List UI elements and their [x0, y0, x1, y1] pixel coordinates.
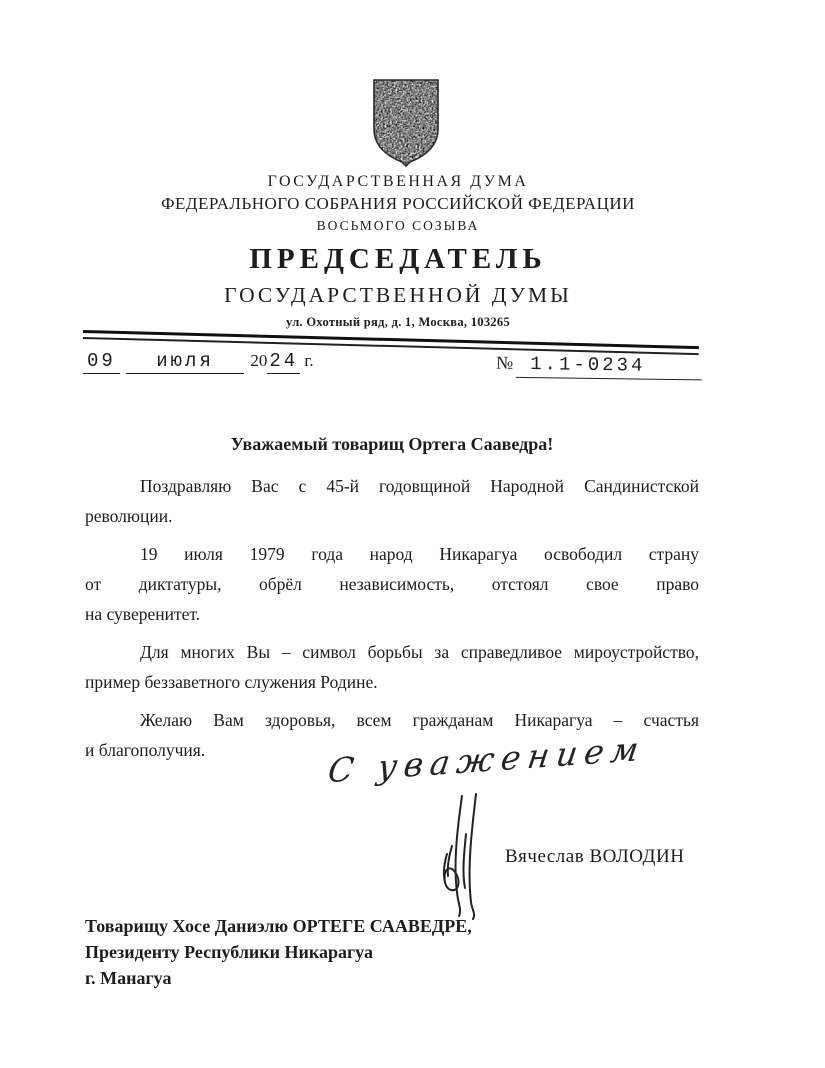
- document-number-line: №1.1-0234: [496, 352, 703, 381]
- year-label: г.: [304, 351, 313, 370]
- paragraph-1: Поздравляю Вас с 45-й годовщиной Народно…: [85, 471, 699, 531]
- paragraph-line: 19 июля 1979 года народ Никарагуа освобо…: [85, 539, 699, 569]
- signer-name: Вячеслав ВОЛОДИН: [505, 846, 684, 868]
- paragraph-line: Поздравляю Вас с 45-й годовщиной Народно…: [85, 471, 699, 501]
- addressee-title: Президенту Республики Никарагуа: [85, 939, 472, 965]
- number-underline: 1.1-0234: [516, 352, 702, 381]
- addressee-name: Товарищу Хосе Даниэлю ОРТЕГЕ СААВЕДРЕ,: [85, 913, 472, 939]
- paragraph-line: пример беззаветного служения Родине.: [85, 667, 699, 697]
- document-number: 1.1-0234: [530, 353, 646, 377]
- salutation: Уважаемый товарищ Ортега Сааведра!: [85, 434, 699, 455]
- date-day: 09: [83, 350, 120, 374]
- date-line: 09 июля 2024 г.: [83, 350, 314, 374]
- chairman-title-line2: ГОСУДАРСТВЕННОЙ ДУМЫ: [0, 283, 796, 308]
- chairman-title: ПРЕДСЕДАТЕЛЬ: [0, 243, 796, 276]
- paragraph-line: революции.: [85, 501, 699, 531]
- year-prefix: 20: [250, 351, 267, 370]
- org-name-line3: ВОСЬМОГО СОЗЫВА: [0, 218, 796, 234]
- paragraph-line: от диктатуры, обрёл независимость, отсто…: [85, 569, 699, 599]
- scanned-letter-page: ГОСУДАРСТВЕННАЯ ДУМА ФЕДЕРАЛЬНОГО СОБРАН…: [0, 0, 825, 1068]
- street-address: ул. Охотный ряд, д. 1, Москва, 103265: [0, 315, 796, 330]
- addressee-block: Товарищу Хосе Даниэлю ОРТЕГЕ СААВЕДРЕ, П…: [85, 913, 472, 991]
- paragraph-3: Для многих Вы – символ борьбы за справед…: [85, 637, 699, 697]
- number-sign-label: №: [496, 353, 513, 373]
- addressee-city: г. Манагуа: [85, 965, 472, 991]
- date-month-underline: июля: [126, 350, 244, 374]
- org-name-line1: ГОСУДАРСТВЕННАЯ ДУМА: [0, 173, 796, 191]
- paragraph-line: Для многих Вы – символ борьбы за справед…: [85, 637, 699, 667]
- org-name-line2: ФЕДЕРАЛЬНОГО СОБРАНИЯ РОССИЙСКОЙ ФЕДЕРАЦ…: [0, 194, 796, 214]
- coat-of-arms-icon: [367, 77, 445, 169]
- year-suffix: 24: [267, 350, 300, 374]
- paragraph-line: на суверенитет.: [85, 599, 699, 629]
- letter-body: Уважаемый товарищ Ортега Сааведра! Поздр…: [85, 434, 699, 773]
- paragraph-2: 19 июля 1979 года народ Никарагуа освобо…: [85, 539, 699, 629]
- signature-icon: [432, 792, 490, 925]
- date-month: июля: [156, 350, 214, 372]
